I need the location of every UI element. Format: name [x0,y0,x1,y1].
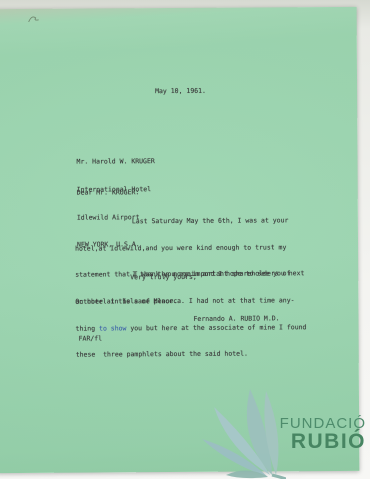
p1-line5: thing to show you but here at the associ… [76,323,307,333]
pen-mark-icon [27,13,41,25]
p2-line2: October at the same place. [75,296,304,306]
recipient-name: Mr. Harold W. KRUGER [76,158,154,168]
scanned-letter-page: May 10, 1961. Mr. Harold W. KRUGER Inter… [0,0,370,479]
p1-line1: Last Saturday May the 6th, I was at your [75,216,306,226]
signature: Fernando A. RUBIO M.D. [193,314,279,323]
salutation: Dear Mr. KRUGER: [77,188,140,197]
p1-line6: these three pamphlets about the said hot… [76,350,307,360]
letter-paper: May 10, 1961. Mr. Harold W. KRUGER Inter… [0,7,359,473]
typist-reference: FAR/fl [79,334,103,343]
blue-ink-mark: to show [99,324,126,332]
body-paragraph-2: I thank you again and I hope to see you … [75,251,305,324]
closing: Very truly yours, [130,273,197,282]
letter-date: May 10, 1961. [155,87,206,96]
